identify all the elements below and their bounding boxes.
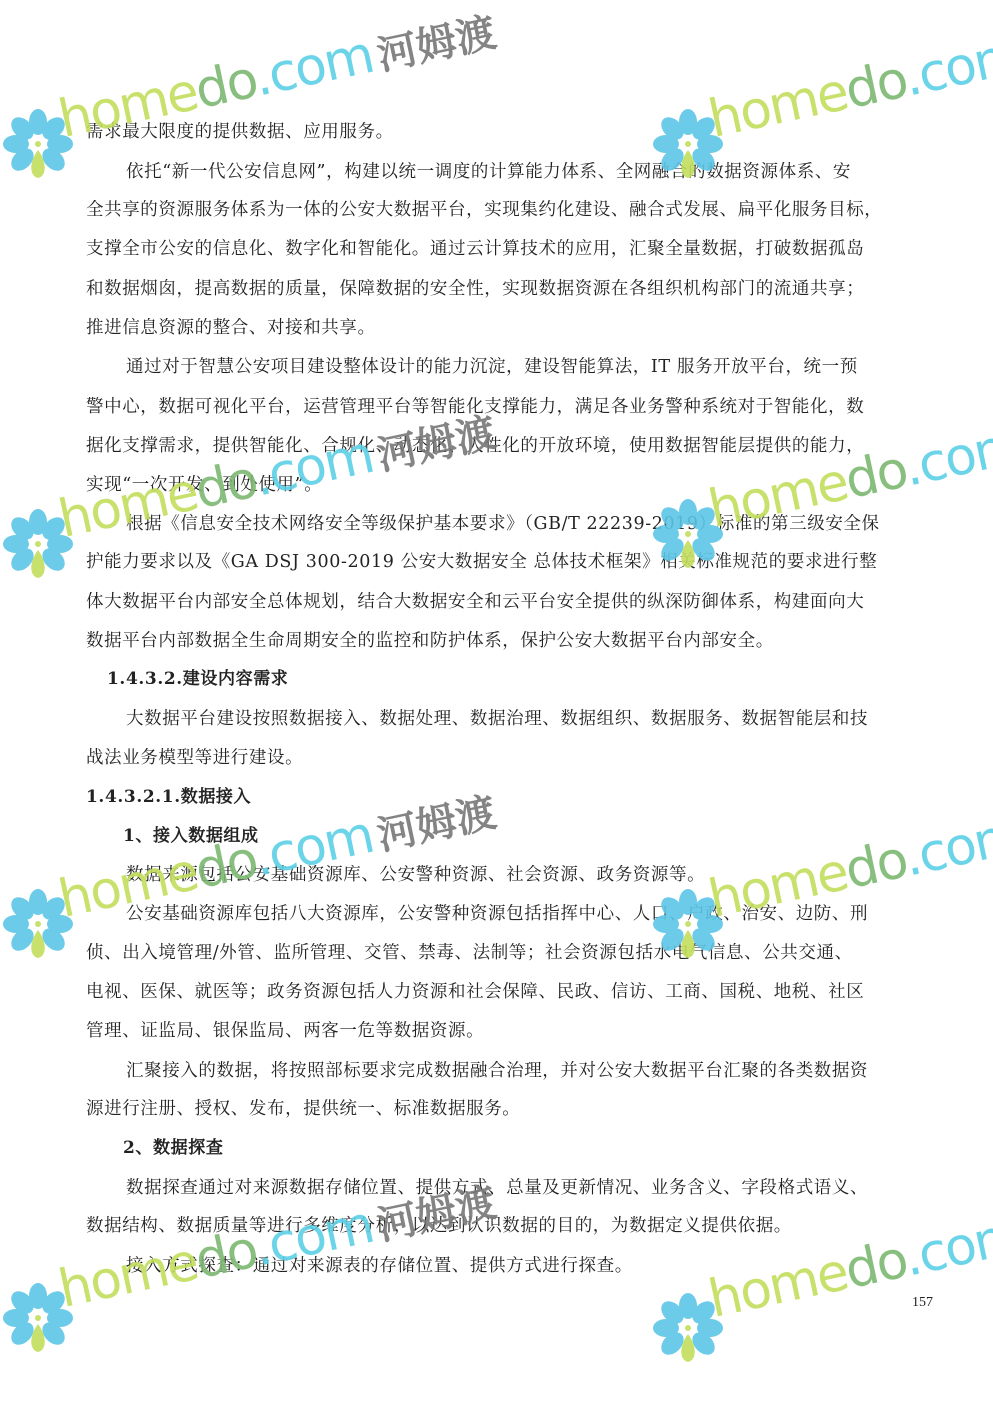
paragraph-line: 接入方式探查：通过对来源表的存储位置、提供方式进行探查。 [126,1256,936,1276]
paragraph-line: 战法业务模型等进行建设。 [86,748,936,768]
paragraph-line: 通过对于智慧公安项目建设整体设计的能力沉淀，建设智能算法，IT 服务开放平台，统… [126,357,936,377]
paragraph-line: 警中心，数据可视化平台，运营管理平台等智能化支撑能力，满足各业务警种系统对于智能… [86,397,936,417]
document-page: 需求最大限度的提供数据、应用服务。 依托“新一代公安信息网”，构建以统一调度的计… [0,0,993,1403]
paragraph-line: 根据《信息安全技术网络安全等级保护基本要求》（GB/T 22239-2019）标… [126,514,936,534]
paragraph-line: 支撑全市公安的信息化、数字化和智能化。通过云计算技术的应用，汇聚全量数据，打破数… [86,239,936,259]
paragraph-line: 侦、出入境管理/外管、监所管理、交管、禁毒、法制等；社会资源包括水电气信息、公共… [86,943,936,963]
paragraph-line: 数据平台内部数据全生命周期安全的监控和防护体系，保护公安大数据平台内部安全。 [86,631,936,651]
paragraph-line: 护能力要求以及《GA DSJ 300-2019 公安大数据安全 总体技术框架》相… [86,552,936,572]
paragraph-line: 据化支撑需求，提供智能化、合规化、动态化、人性化的开放环境，使用数据智能层提供的… [86,436,936,456]
page-number: 157 [912,1295,933,1311]
paragraph-line: 公安基础资源库包括八大资源库，公安警种资源包括指挥中心、人口、户政、治安、边防、… [126,904,936,924]
section-heading: 1.4.3.2.建设内容需求 [107,669,957,689]
subsection-heading: 1.4.3.2.1.数据接入 [86,787,936,807]
paragraph-line: 管理、证监局、银保监局、两客一危等数据资源。 [86,1021,936,1041]
paragraph-line: 汇聚接入的数据，将按照部标要求完成数据融合治理，并对公安大数据平台汇聚的各类数据… [126,1061,936,1081]
paragraph-line: 数据来源包括公安基础资源库、公安警种资源、社会资源、政务资源等。 [126,865,936,885]
item-heading: 1、接入数据组成 [123,826,973,846]
paragraph-line: 和数据烟囱，提高数据的质量，保障数据的安全性，实现数据资源在各组织机构部门的流通… [86,279,936,299]
paragraph-line: 推进信息资源的整合、对接和共享。 [86,318,936,338]
item-heading: 2、数据探查 [123,1138,973,1158]
paragraph-line: 数据探查通过对来源数据存储位置、提供方式、总量及更新情况、业务含义、字段格式语义… [126,1178,936,1198]
paragraph-line: 源进行注册、授权、发布，提供统一、标准数据服务。 [86,1099,936,1119]
paragraph-line: 大数据平台建设按照数据接入、数据处理、数据治理、数据组织、数据服务、数据智能层和… [126,709,936,729]
paragraph-line: 电视、医保、就医等；政务资源包括人力资源和社会保障、民政、信访、工商、国税、地税… [86,982,936,1002]
paragraph-line: 体大数据平台内部安全总体规划，结合大数据安全和云平台安全提供的纵深防御体系，构建… [86,592,936,612]
paragraph-line: 数据结构、数据质量等进行多维度分析，以达到认识数据的目的，为数据定义提供依据。 [86,1216,936,1236]
paragraph-line: 实现“一次开发、到处使用”。 [86,475,936,495]
paragraph-line: 全共享的资源服务体系为一体的公安大数据平台，实现集约化建设、融合式发展、扁平化服… [86,200,936,220]
paragraph-line: 依托“新一代公安信息网”，构建以统一调度的计算能力体系、全网融合的数据资源体系、… [126,162,936,182]
paragraph-line: 需求最大限度的提供数据、应用服务。 [86,122,936,142]
